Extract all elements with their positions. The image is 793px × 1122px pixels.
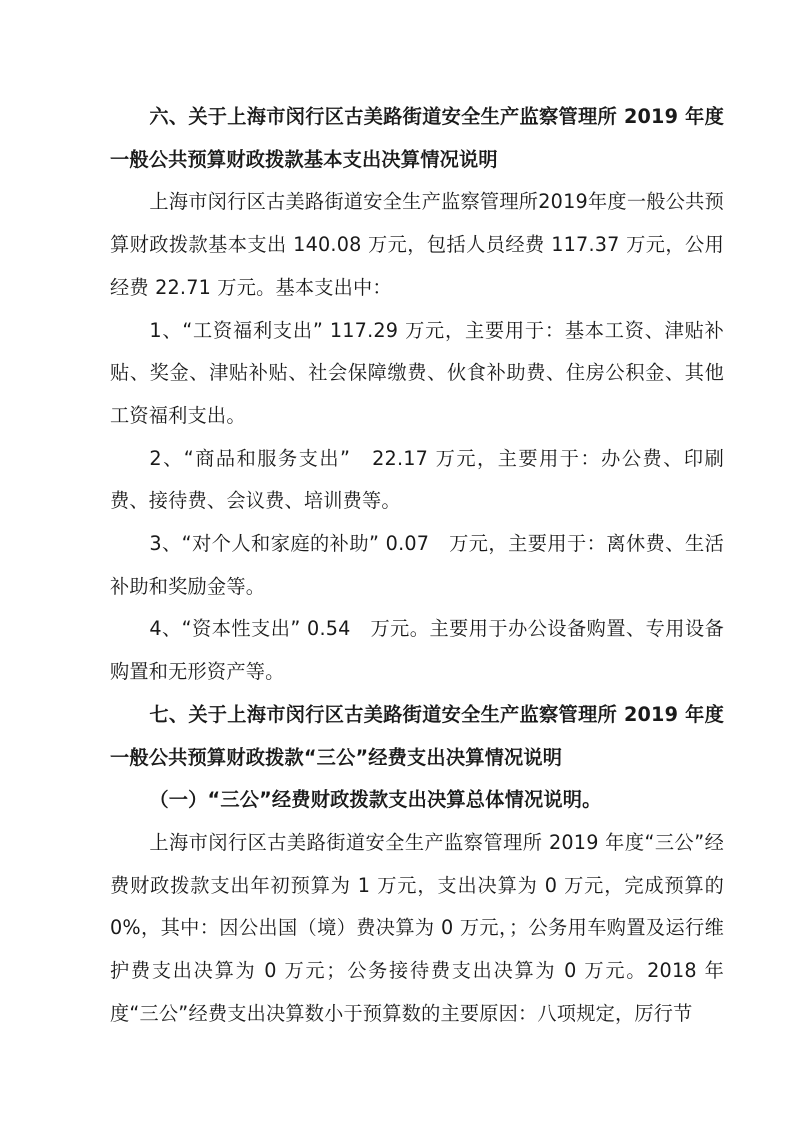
section-6-item-4-paragraph: 4、“资本性支出” 0.54 万元。主要用于办公设备购置、专用设备购置和无形资产… bbox=[110, 608, 724, 693]
section-6-item-1-paragraph: 1、“工资福利支出” 117.29 万元，主要用于：基本工资、津贴补贴、奖金、津… bbox=[110, 310, 724, 438]
section-7-heading: 七、关于上海市闵行区古美路街道安全生产监察管理所 2019 年度一般公共预算财政… bbox=[110, 694, 724, 779]
section-7-summary-paragraph: 上海市闵行区古美路街道安全生产监察管理所 2019 年度“三公”经费财政拨款支出… bbox=[110, 822, 724, 1036]
section-6-item-2-paragraph: 2、“商品和服务支出” 22.17 万元，主要用于：办公费、印刷费、接待费、会议… bbox=[110, 438, 724, 523]
section-6-item-3-paragraph: 3、“对个人和家庭的补助” 0.07 万元，主要用于：离休费、生活补助和奖励金等… bbox=[110, 523, 724, 608]
section-7-subheading: （一）“三公”经费财政拨款支出决算总体情况说明。 bbox=[110, 779, 724, 822]
section-6-heading: 六、关于上海市闵行区古美路街道安全生产监察管理所 2019 年度一般公共预算财政… bbox=[110, 96, 724, 181]
section-6-intro-paragraph: 上海市闵行区古美路街道安全生产监察管理所2019年度一般公共预算财政拨款基本支出… bbox=[110, 181, 724, 309]
document-page: 六、关于上海市闵行区古美路街道安全生产监察管理所 2019 年度一般公共预算财政… bbox=[110, 96, 724, 1035]
